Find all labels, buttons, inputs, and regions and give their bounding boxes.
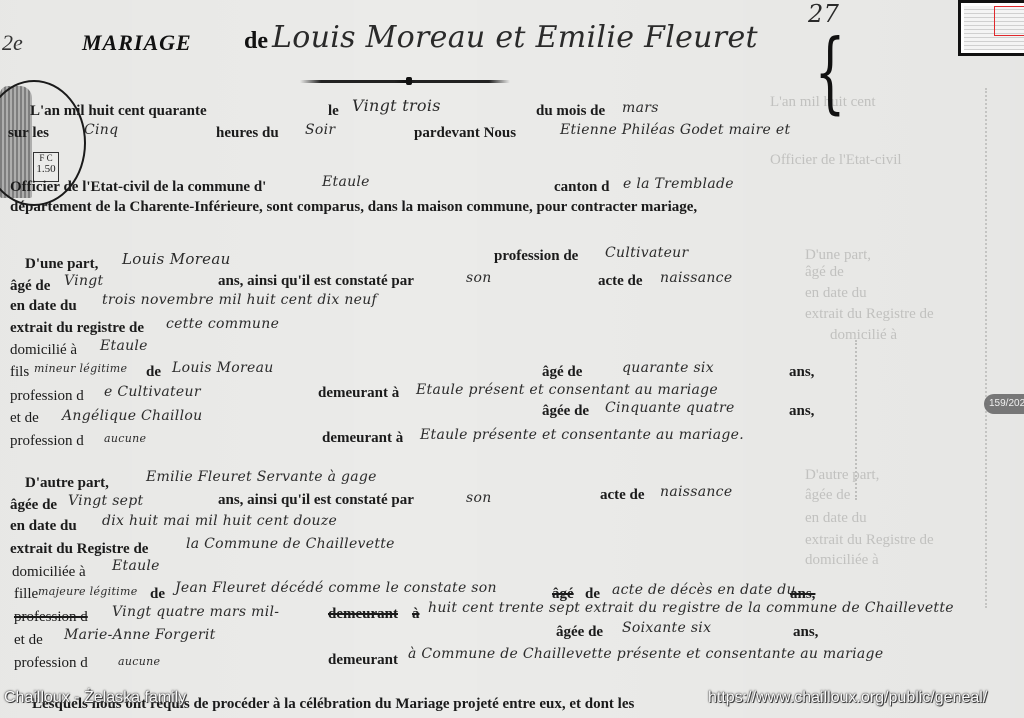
bride-mother-name: Marie-Anne Forgerit xyxy=(64,627,216,643)
printed-text: profession de xyxy=(494,248,578,265)
bride-son: son xyxy=(466,490,492,506)
printed-text: ans, xyxy=(789,364,814,381)
bleed-through-text: âgée de xyxy=(805,485,850,505)
groom-mother-residence: Etaule présente et consentante au mariag… xyxy=(420,427,744,443)
groom-son: son xyxy=(466,270,492,286)
groom-father-name: Louis Moreau xyxy=(172,360,274,376)
printed-text: de xyxy=(150,586,165,603)
bride-birth-date: dix huit mai mil huit cent douze xyxy=(102,513,337,529)
printed-text: pardevant Nous xyxy=(414,125,516,142)
printed-text: et de xyxy=(14,632,43,649)
page-thumbnail-navigator[interactable] xyxy=(958,0,1024,56)
groom-acte: naissance xyxy=(660,270,732,286)
handwritten-time-of-day: Soir xyxy=(305,122,335,138)
groom-age: Vingt xyxy=(64,273,103,289)
groom-domicile: Etaule xyxy=(100,338,148,354)
groom-father-age: quarante six xyxy=(622,360,714,376)
bride-legitimacy: majeure légitime xyxy=(38,585,138,598)
printed-text: ans, xyxy=(789,403,814,420)
groom-intro: D'une part, xyxy=(25,256,98,273)
bride-domicile: Etaule xyxy=(112,558,160,574)
groom-birth-date: trois novembre mil huit cent dix neuf xyxy=(102,292,377,308)
bride-acte: naissance xyxy=(660,484,732,500)
bleed-through-text: en date du xyxy=(805,283,867,303)
printed-text: acte de xyxy=(598,273,643,290)
printed-text: département de la Charente-Inférieure, s… xyxy=(10,199,697,216)
decorative-rule xyxy=(300,80,510,83)
groom-profession: Cultivateur xyxy=(605,245,689,261)
bleed-through-text: D'autre part, xyxy=(805,465,879,485)
printed-text: fille xyxy=(14,586,38,603)
printed-text: âgée de xyxy=(10,497,57,514)
handwritten-month: mars xyxy=(622,100,659,116)
margin-brace: { xyxy=(815,28,846,116)
stamp-value: 1.50 xyxy=(34,164,58,175)
bleed-through-text: en date du xyxy=(805,508,867,528)
bleed-through-text: Officier de l'Etat-civil xyxy=(770,150,902,170)
couple-names-handwritten: Louis Moreau et Emilie Fleuret xyxy=(272,20,758,55)
handwritten-officer: Etienne Philéas Godet maire et xyxy=(560,122,790,138)
printed-text: de xyxy=(146,364,161,381)
printed-text: profession d xyxy=(14,655,88,672)
printed-text: âgé de xyxy=(10,278,50,295)
printed-text: en date du xyxy=(10,298,77,315)
groom-mother-profession: aucune xyxy=(104,432,146,445)
stamp-value-box: F C 1.50 xyxy=(33,152,59,182)
printed-text: extrait du registre de xyxy=(10,320,144,337)
bleed-through-text: extrait du Registre de xyxy=(805,304,934,324)
printed-text: L'an mil huit cent quarante xyxy=(30,103,207,120)
bride-intro: D'autre part, xyxy=(25,475,109,492)
printed-text: fils xyxy=(10,364,29,381)
printed-text: demeurant xyxy=(328,652,398,669)
bride-father-register: huit cent trente sept extrait du registr… xyxy=(428,600,954,616)
groom-father-residence: Etaule présent et consentant au mariage xyxy=(416,382,718,398)
handwritten-commune: Etaule xyxy=(322,174,370,190)
bride-mother-profession: aucune xyxy=(118,655,160,668)
bleed-through-text: domiciliée à xyxy=(805,550,879,570)
printed-text: âgé de xyxy=(542,364,582,381)
page-edge-shadow xyxy=(985,88,989,608)
bride-age: Vingt sept xyxy=(68,493,143,509)
printed-text: profession d xyxy=(10,388,84,405)
printed-text: ans, xyxy=(793,624,818,641)
printed-text: ans, ainsi qu'il est constaté par xyxy=(218,492,414,509)
bride-mother-residence: à Commune de Chaillevette présente et co… xyxy=(408,646,883,662)
page-counter-badge: 159/202 xyxy=(984,394,1024,414)
document-title: MARIAGE xyxy=(82,30,192,56)
printed-text: le xyxy=(328,103,339,120)
printed-text: heures du xyxy=(216,125,279,142)
printed-text: domiciliée à xyxy=(12,564,86,581)
groom-father-profession: e Cultivateur xyxy=(104,384,201,400)
bride-father-death-date: Vingt quatre mars mil- xyxy=(112,604,279,620)
printed-text: profession d xyxy=(10,433,84,450)
bride-mother-age: Soixante six xyxy=(622,620,711,636)
printed-text: demeurant à xyxy=(322,430,403,447)
corner-mark: 2e xyxy=(2,30,23,56)
printed-text: du mois de xyxy=(536,103,605,120)
watermark-url: https://www.chailloux.org/public/geneal/ xyxy=(708,689,987,707)
thumbnail-viewport-indicator[interactable] xyxy=(994,6,1024,36)
printed-text: demeurant à xyxy=(318,385,399,402)
title-connector: de xyxy=(244,28,268,55)
groom-name: Louis Moreau xyxy=(122,250,231,268)
struck-printed-text: à xyxy=(412,606,420,623)
printed-text: âgée de xyxy=(542,403,589,420)
bride-father-note: Jean Fleuret décédé comme le constate so… xyxy=(175,580,497,596)
bleed-through-text: âgé de xyxy=(805,262,844,282)
groom-extrait: cette commune xyxy=(166,316,279,332)
watermark-family: Chailloux - Żelaska family xyxy=(4,689,186,707)
bleed-through-text: domicilié à xyxy=(830,325,897,345)
bride-father-death-act: acte de décès en date du xyxy=(612,582,796,598)
handwritten-day: Vingt trois xyxy=(352,96,441,115)
printed-text: domicilié à xyxy=(10,342,77,359)
printed-text: extrait du Registre de xyxy=(10,541,148,558)
printed-text: et de xyxy=(10,410,39,427)
bride-name: Emilie Fleuret Servante à gage xyxy=(146,469,377,485)
groom-mother-name: Angélique Chaillou xyxy=(62,408,202,424)
printed-text: Officier de l'Etat-civil de la commune d… xyxy=(10,179,266,196)
decorative-rule-dot xyxy=(406,77,412,85)
printed-text: ans, ainsi qu'il est constaté par xyxy=(218,273,414,290)
page-edge-shadow xyxy=(855,340,859,500)
struck-printed-text: profession d xyxy=(14,609,88,626)
scanned-register-page: L'an mil huit cent Officier de l'Etat-ci… xyxy=(0,0,1024,718)
bride-extrait: la Commune de Chaillevette xyxy=(186,536,395,552)
groom-mother-age: Cinquante quatre xyxy=(605,400,735,416)
printed-text: acte de xyxy=(600,487,645,504)
bleed-through-text: extrait du Registre de xyxy=(805,530,934,550)
handwritten-canton: e la Tremblade xyxy=(623,176,734,192)
printed-text: en date du xyxy=(10,518,77,535)
struck-printed-text: demeurant xyxy=(328,606,398,623)
printed-text: âgée de xyxy=(556,624,603,641)
printed-text: canton d xyxy=(554,179,609,196)
groom-legitimacy: mineur légitime xyxy=(34,362,127,375)
handwritten-hour: Cinq xyxy=(84,122,118,138)
printed-text: sur les xyxy=(8,125,49,142)
